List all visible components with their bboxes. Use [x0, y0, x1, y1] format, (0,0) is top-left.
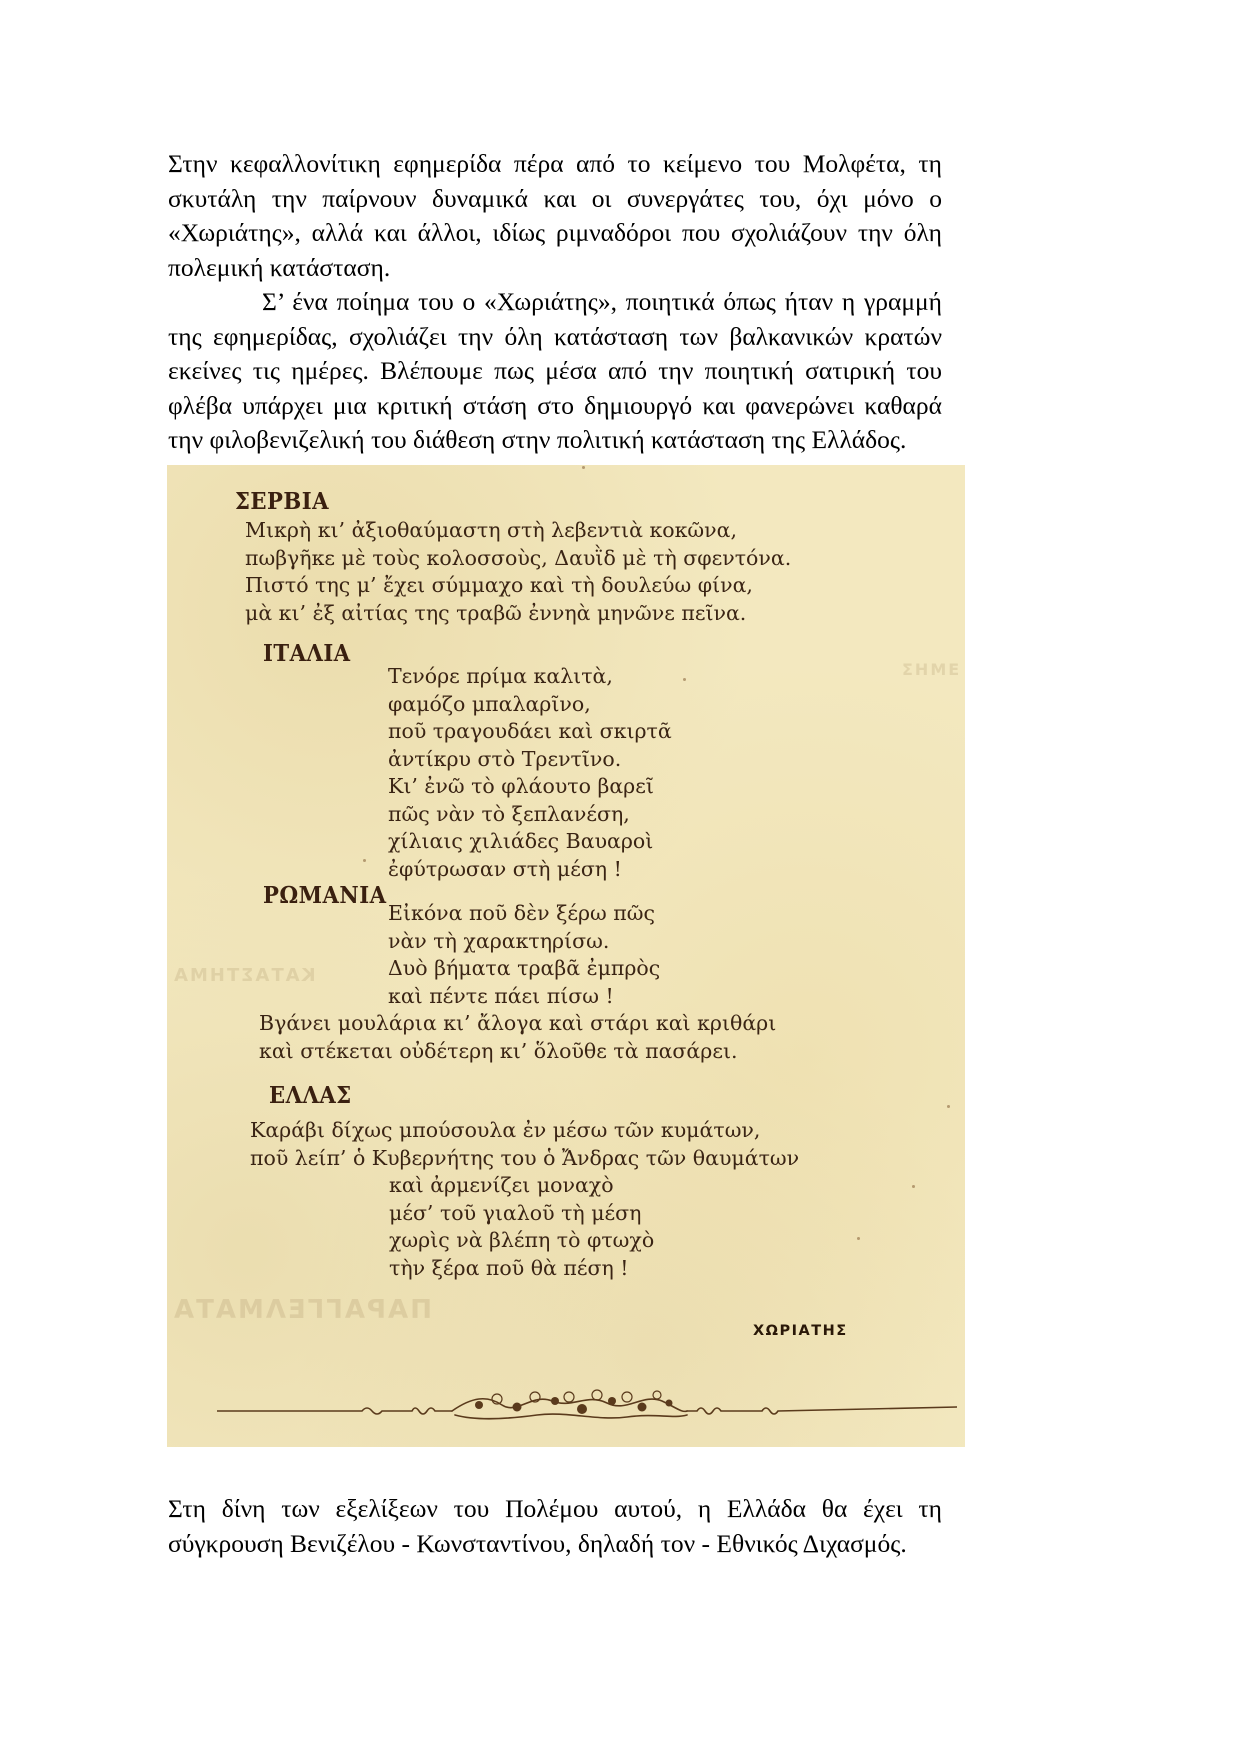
verse-line: Κι’ ἐνῶ τὸ φλάουτο βαρεῖ [388, 773, 672, 801]
verse-line: Μικρὴ κι’ ἀξιοθαύμαστη στὴ λεβεντιὰ κοκῶ… [245, 517, 791, 545]
body-paragraph-3: Στη δίνη των εξελίξεων του Πολέμου αυτού… [168, 1492, 942, 1561]
verse-greece: καὶ ἀρμενίζει μοναχὸ μέσ’ τοῦ γιαλοῦ τὴ … [389, 1172, 654, 1282]
text-line: πολεμική κατάσταση. [168, 251, 942, 286]
verse-line: φαμόζο μπαλαρῖνο, [388, 691, 672, 719]
verse-serbia: Μικρὴ κι’ ἀξιοθαύμαστη στὴ λεβεντιὰ κοκῶ… [245, 517, 791, 627]
verse-line: μέσ’ τοῦ γιαλοῦ τὴ μέση [389, 1200, 654, 1228]
verse-line: χίλιαις χιλιάδες Βαυαροὶ [388, 828, 672, 856]
verse-line: μὰ κι’ ἐξ αἰτίας της τραβῶ ἐννηὰ μηνῶνε … [245, 600, 791, 628]
text-line: «Χωριάτης», αλλά και άλλοι, ιδίως ριμναδ… [168, 216, 942, 251]
verse-line: καὶ ἀρμενίζει μοναχὸ [389, 1172, 654, 1200]
verse-line: ποῦ λείπ’ ὁ Κυβερνήτης του ὁ Ἄνδρας τῶν … [250, 1145, 799, 1173]
verse-line: χωρὶς νὰ βλέπη τὸ φτωχὸ [389, 1227, 654, 1255]
verse-line: πωβγῆκε μὲ τοὺς κολοσσοὺς, Δαυῒδ μὲ τὴ σ… [245, 545, 791, 573]
section-heading-romania: ΡΩΜΑΝΙΑ [263, 882, 386, 909]
text-line: Σ’ ένα ποίημα του ο «Χωριάτης», ποιητικά… [168, 285, 942, 320]
text-line: σύγκρουση Βενιζέλου - Κωνσταντίνου, δηλα… [168, 1527, 942, 1562]
text-line: της εφημερίδας, σχολιάζει την όλη κατάστ… [168, 320, 942, 355]
author-signature: ΧΩΡΙΑΤΗΣ [753, 1323, 848, 1339]
bleed-through-text: ΣΗΜΕ [902, 660, 961, 679]
section-heading-greece: ΕΛΛΑΣ [269, 1082, 352, 1109]
text-line: την φιλοβενιζελική του διάθεση στην πολι… [168, 423, 942, 458]
verse-line: πῶς νὰν τὸ ξεπλανέση, [388, 801, 672, 829]
verse-line: Εἰκόνα ποῦ δὲν ξέρω πῶς [388, 900, 660, 928]
text-line: εκείνες τις ημέρες. Βλέπουμε πως μέσα απ… [168, 354, 942, 389]
verse-line: Καράβι δίχως μπούσουλα ἐν μέσω τῶν κυμάτ… [250, 1117, 799, 1145]
text-line: σκυτάλη την παίρνουν δυναμικά και οι συν… [168, 182, 942, 217]
verse-line: Βγάνει μουλάρια κι’ ἄλογα καὶ στάρι καὶ … [259, 1010, 776, 1038]
floral-ornament-icon [217, 1385, 957, 1425]
verse-line: καὶ στέκεται οὐδέτερη κι’ ὅλοῦθε τὰ πασά… [259, 1038, 776, 1066]
verse-line: καὶ πέντε πάει πίσω ! [388, 983, 660, 1011]
verse-romania-wide: Βγάνει μουλάρια κι’ ἄλογα καὶ στάρι καὶ … [259, 1010, 776, 1065]
newspaper-clipping-image: ΣΗΜΕ ΚΑΤΑΣΤΗΜΑ ΠΑΡΑΓΓΕΛΜΑΤΑ ΣΕΡΒΙΑ Μικρὴ… [167, 465, 965, 1447]
verse-line: τὴν ξέρα ποῦ θὰ πέση ! [389, 1255, 654, 1283]
verse-line: ἀντίκρυ στὸ Τρεντῖνο. [388, 746, 672, 774]
bleed-through-text: ΠΑΡΑΓΓΕΛΜΑΤΑ [172, 1295, 432, 1325]
verse-line: Δυὸ βήματα τραβᾶ ἐμπρὸς [388, 955, 660, 983]
verse-line: ποῦ τραγουδάει καὶ σκιρτᾶ [388, 718, 672, 746]
text-line: Στη δίνη των εξελίξεων του Πολέμου αυτού… [168, 1492, 942, 1527]
verse-line: νὰν τὴ χαρακτηρίσω. [388, 928, 660, 956]
verse-line: ἐφύτρωσαν στὴ μέση ! [388, 856, 672, 884]
verse-line: Τενόρε πρίμα καλιτὰ, [388, 663, 672, 691]
body-paragraph-2: Σ’ ένα ποίημα του ο «Χωριάτης», ποιητικά… [168, 285, 942, 458]
bleed-through-text: ΚΑΤΑΣΤΗΜΑ [172, 965, 316, 986]
verse-romania: Εἰκόνα ποῦ δὲν ξέρω πῶς νὰν τὴ χαρακτηρί… [388, 900, 660, 1010]
verse-italy: Τενόρε πρίμα καλιτὰ, φαμόζο μπαλαρῖνο, π… [388, 663, 672, 883]
verse-line: Πιστό της μ’ ἔχει σύμμαχο καὶ τὴ δουλεύω… [245, 572, 791, 600]
body-paragraph-1: Στην κεφαλλονίτικη εφημερίδα πέρα από το… [168, 147, 942, 285]
text-line: φλέβα υπάρχει μια κριτική στάση στο δημι… [168, 389, 942, 424]
text-line: Στην κεφαλλονίτικη εφημερίδα πέρα από το… [168, 147, 942, 182]
section-heading-italy: ΙΤΑΛΙΑ [263, 640, 351, 667]
verse-greece-wide: Καράβι δίχως μπούσουλα ἐν μέσω τῶν κυμάτ… [250, 1117, 799, 1172]
section-heading-serbia: ΣΕΡΒΙΑ [235, 488, 329, 515]
